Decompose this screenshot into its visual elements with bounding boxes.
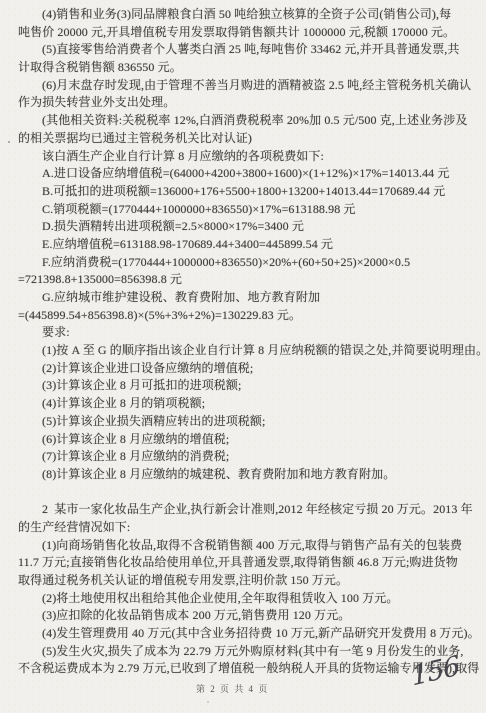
text-line: (8)计算该企业 8 月应缴纳的城建税、教育费附加和地方教育附加。 [18,466,482,484]
text-line: (7)计算该企业 8 月应缴纳的消费税; [18,448,482,466]
text-line: 取得通过税务机关认证的增值税专用发票,注明价款 150 万元。 [18,572,482,590]
text-line: B.可抵扣的进项税额=136000+176+5500+1800+13200+14… [18,183,482,201]
text-line: (6)计算该企业 8 月应缴纳的增值税; [18,431,482,449]
text-line: 的生产经营情况如下: [18,519,482,537]
text-line: (3)计算该企业 8 月可抵扣的进项税额; [18,377,482,395]
text-line: (5)计算该企业损失酒精应转出的进项税额; [18,413,482,431]
page-footer: 第 2 页 共 4 页 [196,682,269,695]
text-line: (4)销售和业务(3)同品牌粮食白酒 50 吨给独立核算的全资子公司(销售公司)… [18,6,482,24]
text-line: 计取得含税销售额 836550 元。 [18,59,482,77]
text-line: E.应纳增值税=613188.98-170689.44+3400=445899.… [18,236,482,254]
text-line: (1)按 A 至 G 的顺序指出该企业自行计算 8 月应纳税额的错误之处,并简要… [18,342,482,360]
document-lines: (4)销售和业务(3)同品牌粮食白酒 50 吨给独立核算的全资子公司(销售公司)… [18,6,482,678]
text-line: A.进口设备应纳增值税=(64000+4200+3800+1600)×(1+12… [18,165,482,183]
text-line: (其他相关资料:关税税率 12%,白酒消费税税率 20%加 0.5 元/500 … [18,112,482,130]
text-line: 作为损失转营业外支出处理。 [18,94,482,112]
text-line: (6)月末盘存时发现,由于管理不善当月购进的酒精被盗 2.5 吨,经主管税务机关… [18,77,482,95]
text-line: (4)发生管理费用 40 万元(其中含业务招待费 10 万元,新产品研究开发费用… [18,625,482,643]
text-line: G.应纳城市维护建设税、教育费附加、地方教育附加 [18,289,482,307]
text-line: (5)发生火灾,损失了成本为 22.79 万元外购原材料(其中有一笔 9 月份发… [18,643,482,661]
text-line: (3)应扣除的化妆品销售成本 200 万元,销售费用 120 万元。 [18,607,482,625]
scan-speck [8,141,10,143]
text-line: =(445899.54+856398.8)×(5%+3%+2%)=130229.… [18,307,482,325]
text-line: 该白酒生产企业自行计算 8 月应缴纳的各项税费如下: [18,148,482,166]
text-line: C.销项税额=(1770444+1000000+836550)×17%=6131… [18,201,482,219]
line-spacer [18,484,482,502]
text-line: 11.7 万元;直接销售化妆品给使用单位,开具普通发票,取得销售额 46.8 万… [18,554,482,572]
text-line: (2)将土地使用权出租给其他企业使用,全年取得租赁收入 100 万元。 [18,590,482,608]
text-line: (2)计算该企业进口设备应缴纳的增值税; [18,360,482,378]
text-line: (1)向商场销售化妆品,取得不含税销售额 400 万元,取得与销售产品有关的包装… [18,537,482,555]
text-line: 2 某市一家化妆品生产企业,执行新会计准则,2012 年经核定亏损 20 万元。… [18,501,482,519]
text-line: 吨售价 20000 元,开具增值税专用发票取得销售额共计 1000000 元,税… [18,24,482,42]
text-line: F.应纳消费税=(1770444+1000000+836550)×20%+(60… [18,254,482,272]
text-line: D.损失酒精转出进项税额=2.5×8000×17%=3400 元 [18,218,482,236]
text-line: (5)直接零售给消费者个人薯类白酒 25 吨,每吨售价 33462 元,并开具普… [18,41,482,59]
text-line: (4)计算该企业 8 月的销项税额; [18,395,482,413]
text-line: =721398.8+135000=856398.8 元 [18,271,482,289]
text-line: 的相关票据均已通过主管税务机关比对认证) [18,130,482,148]
scanned-document-page: (4)销售和业务(3)同品牌粮食白酒 50 吨给独立核算的全资子公司(销售公司)… [0,0,486,713]
text-line: 要求: [18,324,482,342]
scan-speck [207,701,209,703]
